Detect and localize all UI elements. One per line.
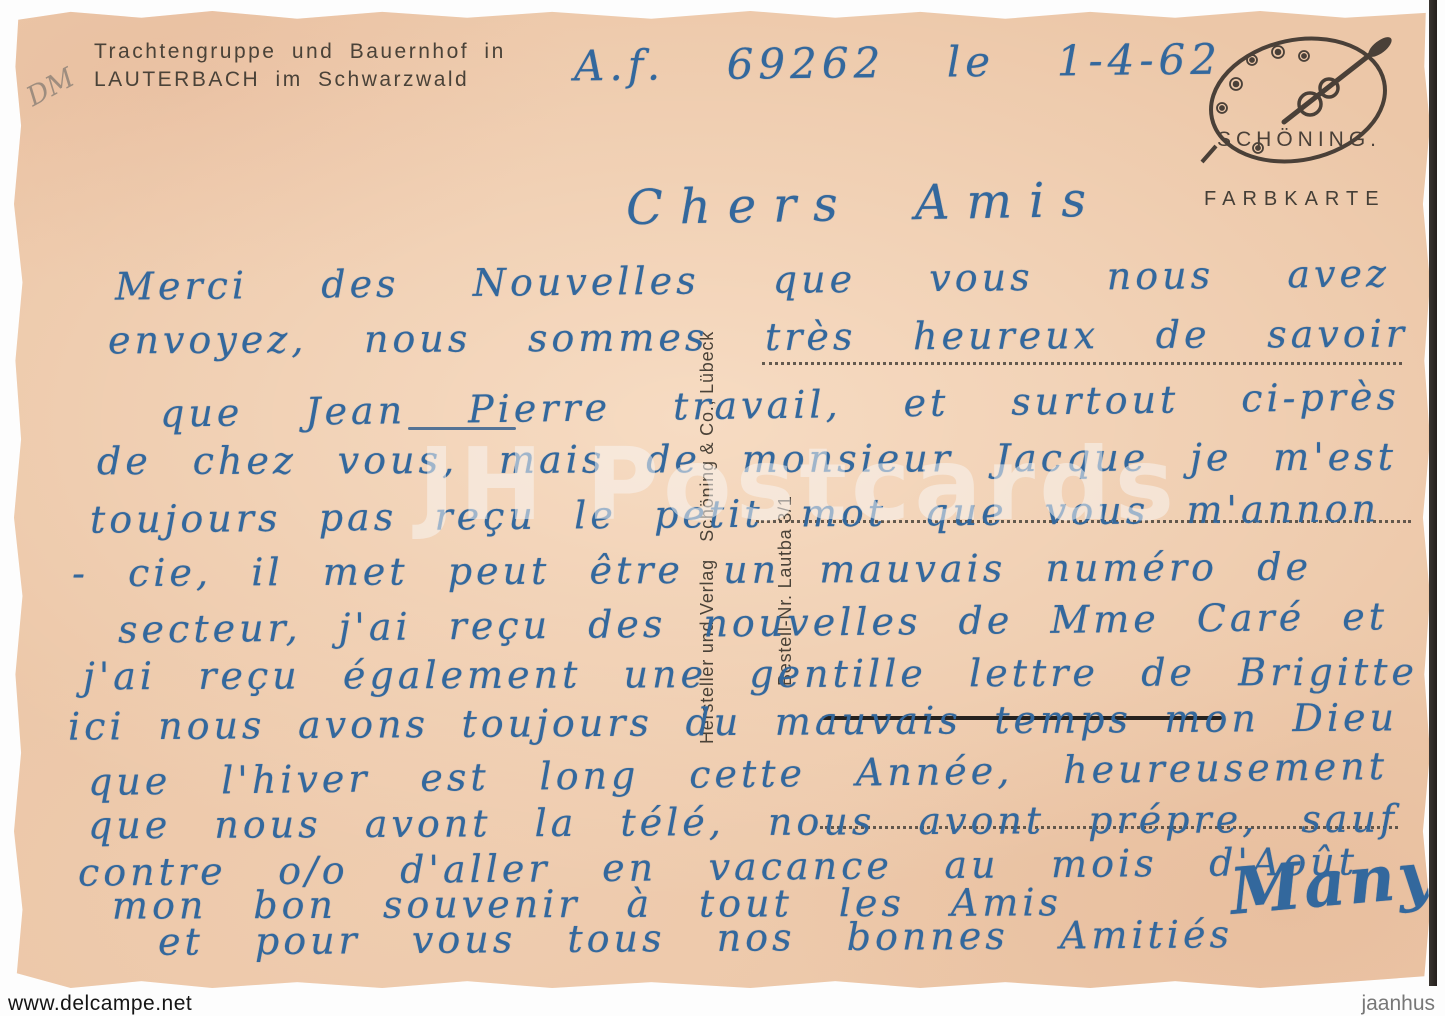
scan-edge-shadow — [1429, 0, 1437, 986]
caption-line-2: LAUTERBACH im Schwarzwald — [94, 66, 506, 94]
handwritten-date-line: A.f. 69262 le 1-4-62 — [574, 35, 1222, 91]
seller-watermark: jaanhus — [1361, 992, 1435, 1016]
letter-salutation: Chers Amis — [626, 172, 1104, 236]
letter-line: que l'hiver est long cette Année, heureu… — [88, 744, 1388, 804]
printed-address-line — [762, 362, 1402, 365]
publisher-brand-label: SCHÖNING. — [1194, 128, 1404, 152]
letter-line: de chez vous, mais de monsieur Jacque je… — [97, 435, 1397, 484]
letter-line: secteur, j'ai reçu des nouvelles de Mme … — [118, 594, 1388, 651]
letter-line: envoyez, nous sommes très heureux de sav… — [108, 312, 1408, 363]
letter-line: - cie, il met peut être un mauvais numér… — [72, 545, 1312, 595]
palette-icon — [1180, 26, 1420, 186]
publisher-logo: SCHÖNING. FARBKARTE — [1180, 26, 1420, 216]
delcampe-watermark: www.delcampe.net — [8, 992, 192, 1016]
letter-line: et pour vous tous nos bonnes Amitiés — [158, 912, 1233, 964]
printed-caption: Trachtengruppe und Bauernhof in LAUTERBA… — [94, 38, 506, 95]
publisher-type-label: FARBKARTE — [1204, 188, 1386, 211]
letter-line: ici nous avons toujours du mauvais temps… — [68, 695, 1398, 748]
pencil-mark: DM — [22, 62, 80, 113]
letter-line: j'ai reçu également une gentille lettre … — [83, 650, 1418, 699]
postcard-scan: Trachtengruppe und Bauernhof in LAUTERBA… — [14, 8, 1430, 988]
caption-line-1: Trachtengruppe und Bauernhof in — [94, 38, 506, 66]
letter-line: que Jean Pierre travail, et surtout ci-p… — [160, 374, 1400, 435]
letter-line: toujours pas reçu le petit mot que vous … — [90, 486, 1380, 541]
letter-line: Merci des Nouvelles que vous nous avez — [115, 251, 1390, 308]
